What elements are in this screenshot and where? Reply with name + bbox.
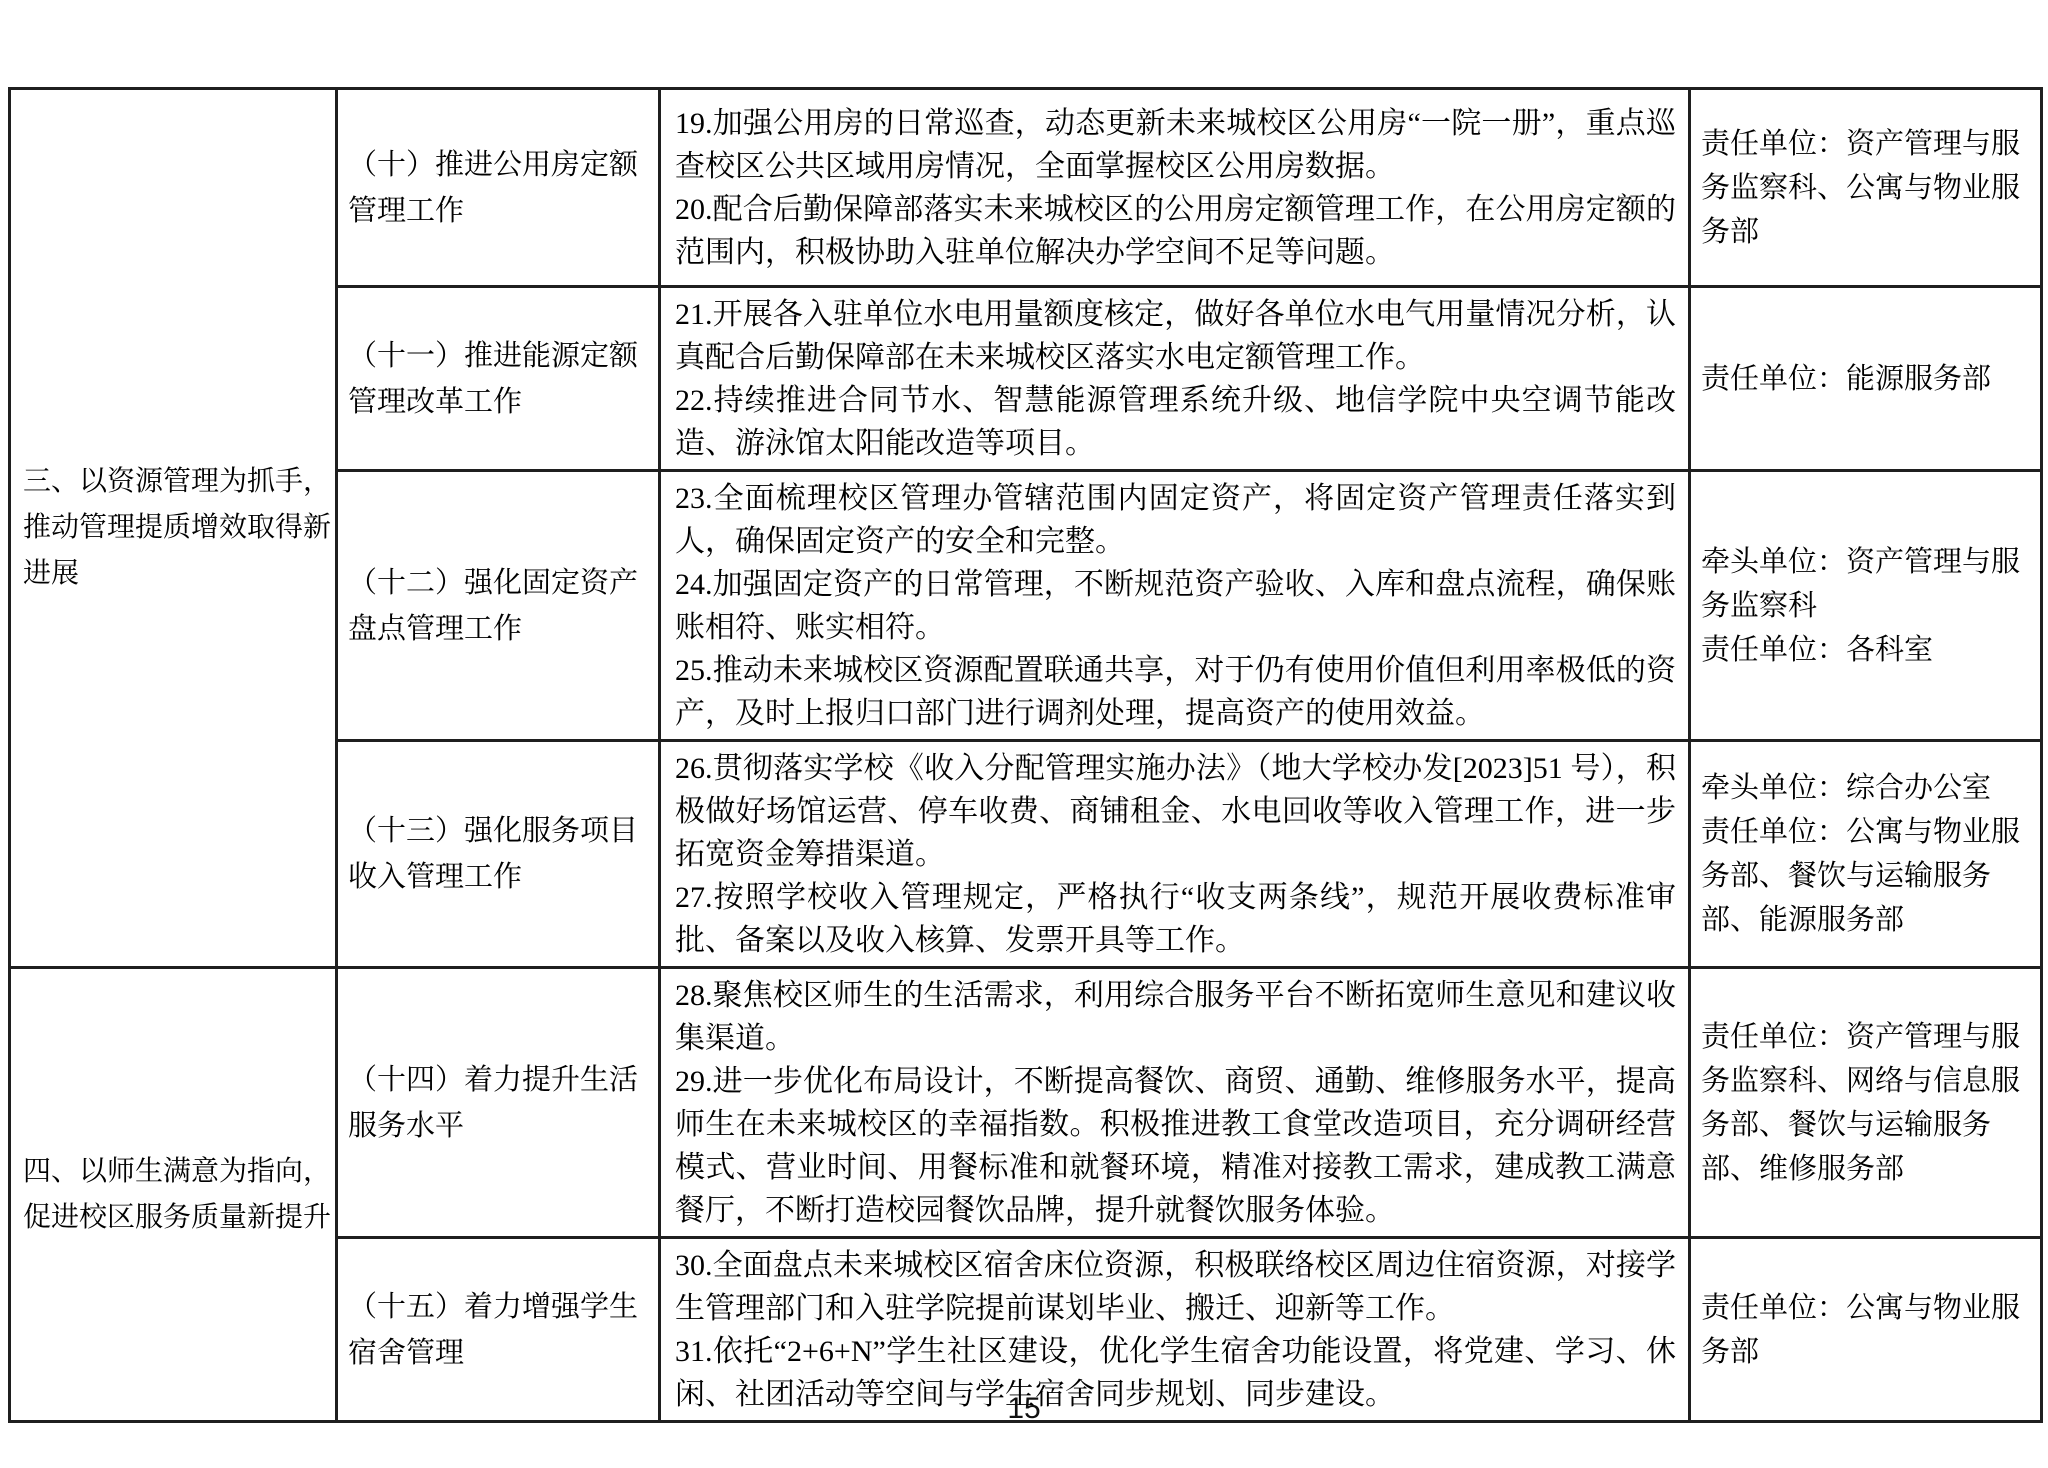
group-title-cell: 三、以资源管理为抓手，推动管理提质增效取得新进展 <box>10 89 337 968</box>
group-title-cell: 四、以师生满意为指向，促进校区服务质量新提升 <box>10 968 337 1422</box>
units-cell: 责任单位：资产管理与服务监察科、公寓与物业服务部 <box>1690 89 2042 287</box>
section-title: （十四）着力提升生活服务水平 <box>348 1057 652 1149</box>
tasks-cell: 23.全面梳理校区管理办管辖范围内固定资产，将固定资产管理责任落实到人，确保固定… <box>660 471 1690 741</box>
tasks-cell: 21.开展各入驻单位水电用量额度核定，做好各单位水电气用量情况分析，认真配合后勤… <box>660 287 1690 471</box>
task-item: 24.加强固定资产的日常管理，不断规范资产验收、入库和盘点流程，确保账账相符、账… <box>675 563 1676 649</box>
task-item: 21.开展各入驻单位水电用量额度核定，做好各单位水电气用量情况分析，认真配合后勤… <box>675 293 1676 379</box>
task-item: 27.按照学校收入管理规定，严格执行“收支两条线”，规范开展收费标准审批、备案以… <box>675 876 1676 962</box>
units-cell: 牵头单位：综合办公室 责任单位：公寓与物业服务部、餐饮与运输服务部、能源服务部 <box>1690 741 2042 968</box>
work-plan-table: 三、以资源管理为抓手，推动管理提质增效取得新进展 （十）推进公用房定额管理工作 … <box>8 87 2043 1423</box>
section-title: （十一）推进能源定额管理改革工作 <box>348 333 652 425</box>
units-cell: 责任单位：能源服务部 <box>1690 287 2042 471</box>
task-item: 19.加强公用房的日常巡查，动态更新未来城校区公用房“一院一册”，重点巡查校区公… <box>675 102 1676 188</box>
unit-line: 责任单位：公寓与物业服务部 <box>1701 1286 2036 1374</box>
section-title: （十）推进公用房定额管理工作 <box>348 142 652 234</box>
group-title: 四、以师生满意为指向，促进校区服务质量新提升 <box>23 1149 333 1241</box>
task-item: 20.配合后勤保障部落实未来城校区的公用房定额管理工作，在公用房定额的范围内，积… <box>675 188 1676 274</box>
section-title: （十三）强化服务项目收入管理工作 <box>348 808 652 900</box>
units-cell: 责任单位：资产管理与服务监察科、网络与信息服务部、餐饮与运输服务部、维修服务部 <box>1690 968 2042 1238</box>
tasks-cell: 26.贯彻落实学校《收入分配管理实施办法》（地大学校办发[2023]51 号），… <box>660 741 1690 968</box>
unit-line: 责任单位：能源服务部 <box>1701 357 2036 401</box>
section-title: （十五）着力增强学生宿舍管理 <box>348 1284 652 1376</box>
unit-line: 责任单位：资产管理与服务监察科、公寓与物业服务部 <box>1701 122 2036 254</box>
section-title-cell: （十四）着力提升生活服务水平 <box>337 968 660 1238</box>
section-title: （十二）强化固定资产盘点管理工作 <box>348 560 652 652</box>
document-page: 三、以资源管理为抓手，推动管理提质增效取得新进展 （十）推进公用房定额管理工作 … <box>0 0 2048 1468</box>
section-title-cell: （十二）强化固定资产盘点管理工作 <box>337 471 660 741</box>
units-cell: 牵头单位：资产管理与服务监察科 责任单位：各科室 <box>1690 471 2042 741</box>
task-item: 26.贯彻落实学校《收入分配管理实施办法》（地大学校办发[2023]51 号），… <box>675 747 1676 876</box>
tasks-cell: 19.加强公用房的日常巡查，动态更新未来城校区公用房“一院一册”，重点巡查校区公… <box>660 89 1690 287</box>
section-title-cell: （十）推进公用房定额管理工作 <box>337 89 660 287</box>
task-item: 28.聚焦校区师生的生活需求，利用综合服务平台不断拓宽师生意见和建议收集渠道。 <box>675 974 1676 1060</box>
task-item: 22.持续推进合同节水、智慧能源管理系统升级、地信学院中央空调节能改造、游泳馆太… <box>675 379 1676 465</box>
task-item: 23.全面梳理校区管理办管辖范围内固定资产，将固定资产管理责任落实到人，确保固定… <box>675 477 1676 563</box>
task-item: 30.全面盘点未来城校区宿舍床位资源，积极联络校区周边住宿资源，对接学生管理部门… <box>675 1244 1676 1330</box>
task-item: 29.进一步优化布局设计，不断提高餐饮、商贸、通勤、维修服务水平，提高师生在未来… <box>675 1060 1676 1232</box>
unit-line: 牵头单位：资产管理与服务监察科 <box>1701 540 2036 628</box>
table-row: 三、以资源管理为抓手，推动管理提质增效取得新进展 （十）推进公用房定额管理工作 … <box>10 89 2042 287</box>
section-title-cell: （十三）强化服务项目收入管理工作 <box>337 741 660 968</box>
unit-line: 责任单位：公寓与物业服务部、餐饮与运输服务部、能源服务部 <box>1701 810 2036 942</box>
table-row: 四、以师生满意为指向，促进校区服务质量新提升 （十四）着力提升生活服务水平 28… <box>10 968 2042 1238</box>
unit-line: 责任单位：资产管理与服务监察科、网络与信息服务部、餐饮与运输服务部、维修服务部 <box>1701 1015 2036 1191</box>
tasks-cell: 28.聚焦校区师生的生活需求，利用综合服务平台不断拓宽师生意见和建议收集渠道。 … <box>660 968 1690 1238</box>
group-title: 三、以资源管理为抓手，推动管理提质增效取得新进展 <box>23 459 333 597</box>
unit-line: 牵头单位：综合办公室 <box>1701 766 2036 810</box>
task-item: 25.推动未来城校区资源配置联通共享，对于仍有使用价值但利用率极低的资产，及时上… <box>675 649 1676 735</box>
unit-line: 责任单位：各科室 <box>1701 628 2036 672</box>
section-title-cell: （十一）推进能源定额管理改革工作 <box>337 287 660 471</box>
page-number: 15 <box>0 1392 2048 1426</box>
